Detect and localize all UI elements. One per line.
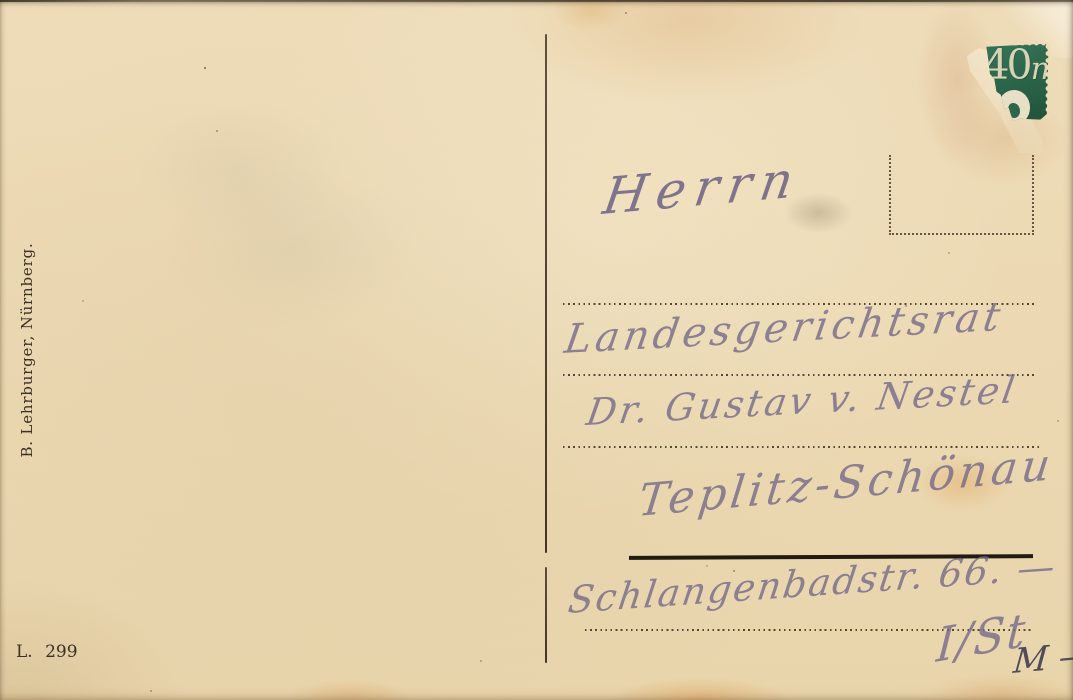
stamp-placement-box [889,155,1034,235]
posthorn-medallion [998,90,1030,125]
stamp-perforation-top [984,40,1047,46]
posthorn-icon [1008,103,1020,118]
handwriting-price-mark: M — [1012,638,1073,679]
postcard-back: B. Lehrburger, Nürnberg. L. 299 40m Herr… [0,0,1073,700]
stamp-perforation-right [1045,43,1051,122]
publisher-imprint: B. Lehrburger, Nürnberg. [18,242,36,457]
postage-stamp: 40m [977,42,1049,122]
handwriting-recipient-name: Dr. Gustav v. Nestel [584,371,1020,431]
series-number: L. 299 [16,642,78,662]
divider-line-upper [545,34,547,553]
scan-top-edge [0,0,1073,2]
handwriting-recipient-title: Landesgerichtsrat [562,297,1007,360]
divider-line-lower [545,567,547,663]
stamp-green-fragment: 40m [977,42,1049,122]
handwriting-city: Teplitz-Schönau [636,443,1056,524]
handwriting-salutation: Herrn [600,154,806,222]
